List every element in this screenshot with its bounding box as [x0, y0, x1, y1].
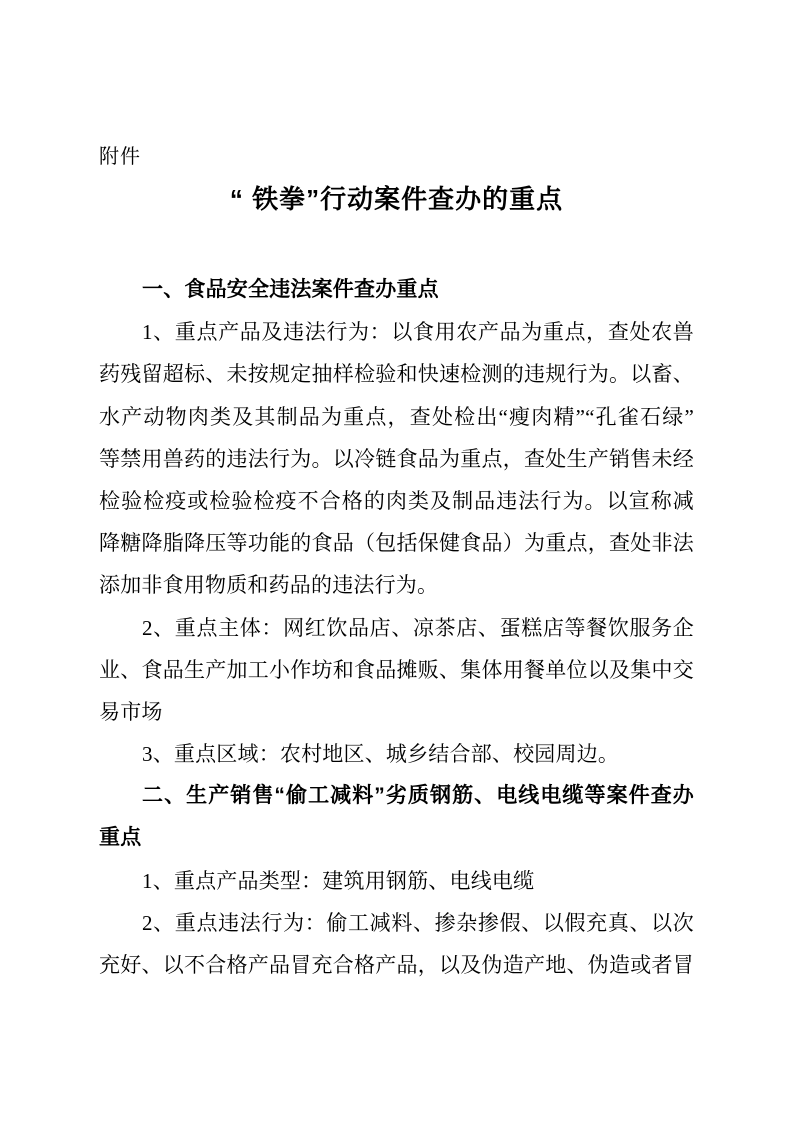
body-line: 1、重点产品类型：建筑用钢筋、电线电缆 [99, 860, 694, 902]
body-line: 降糖降脂降压等功能的食品（包括保健食品）为重点，查处非法 [99, 522, 694, 564]
body-line: 等禁用兽药的违法行为。以冷链食品为重点，查处生产销售未经 [99, 438, 694, 480]
body-line: 易市场 [99, 691, 694, 733]
section-2-heading: 二、生产销售“偷工减料”劣质钢筋、电线电缆等案件查办 [99, 775, 694, 817]
body-line: 2、重点主体：网红饮品店、凉茶店、蛋糕店等餐饮服务企 [99, 607, 694, 649]
section-1-heading: 一、食品安全违法案件查办重点 [99, 269, 694, 311]
body-line: 充好、以不合格产品冒充合格产品，以及伪造产地、伪造或者冒 [99, 944, 694, 986]
document-page: 附件 “ 铁拳”行动案件查办的重点 一、食品安全违法案件查办重点 1、重点产品及… [0, 0, 793, 1122]
attachment-label: 附件 [99, 146, 141, 168]
body-line: 添加非食用物质和药品的违法行为。 [99, 564, 694, 606]
body-line: 检验检疫或检验检疫不合格的肉类及制品违法行为。以宣称减肥、 [99, 480, 694, 522]
document-title: “ 铁拳”行动案件查办的重点 [0, 184, 793, 214]
document-body: 一、食品安全违法案件查办重点 1、重点产品及违法行为：以食用农产品为重点，查处农… [99, 269, 694, 986]
body-line: 水产动物肉类及其制品为重点，查处检出“瘦肉精”“孔雀石绿” [99, 396, 694, 438]
body-line: 3、重点区域：农村地区、城乡结合部、校园周边。 [99, 733, 694, 775]
body-line: 药残留超标、未按规定抽样检验和快速检测的违规行为。以畜、 [99, 353, 694, 395]
body-line: 2、重点违法行为：偷工减料、掺杂掺假、以假充真、以次 [99, 902, 694, 944]
body-line: 1、重点产品及违法行为：以食用农产品为重点，查处农兽 [99, 311, 694, 353]
body-line: 业、食品生产加工小作坊和食品摊贩、集体用餐单位以及集中交 [99, 649, 694, 691]
section-2-heading-continued: 重点 [99, 817, 694, 859]
